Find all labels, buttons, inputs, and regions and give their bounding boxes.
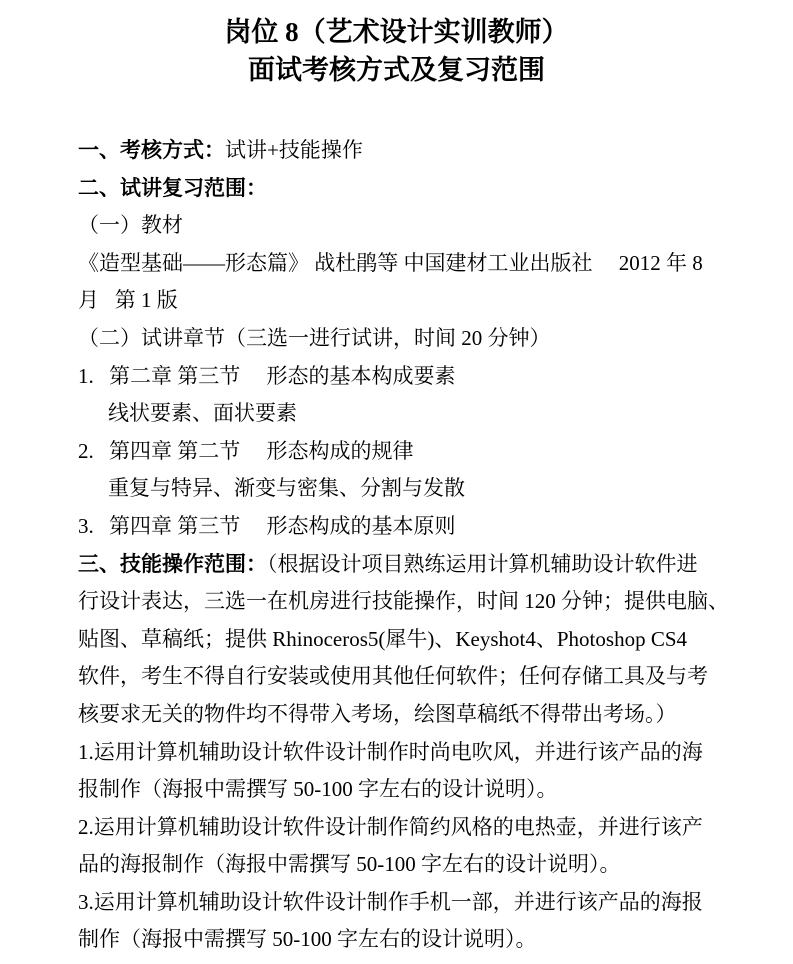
text-line: 《造型基础——形态篇》 战杜鹃等 中国建材工业出版社 2012 年 8 [78,245,758,283]
text-line: 一、考核方式：试讲+技能操作 [78,132,758,170]
line-text: 品的海报制作（海报中需撰写 50-100 字左右的设计说明）。 [78,852,621,876]
line-text: （根据设计项目熟练运用计算机辅助设计软件进 [267,552,698,576]
title-line-1: 岗位 8（艺术设计实训教师） [0,13,793,51]
text-line: 制作（海报中需撰写 50-100 字左右的设计说明）。 [78,921,758,959]
list-number: 3. [78,508,109,546]
text-line: 2.运用计算机辅助设计软件设计制作简约风格的电热壶，并进行该产 [78,809,758,847]
text-line: 3.运用计算机辅助设计软件设计制作手机一部，并进行该产品的海报 [78,884,758,922]
text-line: 1.运用计算机辅助设计软件设计制作时尚电吹风，并进行该产品的海 [78,734,758,772]
line-text: 《造型基础——形态篇》 战杜鹃等 中国建材工业出版社 2012 年 8 [78,251,703,275]
line-text: 核要求无关的物件均不得带入考场，绘图草稿纸不得带出考场。） [78,702,677,726]
list-number: 2. [78,433,109,471]
line-text: 1.运用计算机辅助设计软件设计制作时尚电吹风，并进行该产品的海 [78,740,703,764]
line-text: 第四章 第二节 形态构成的规律 [109,439,414,463]
line-text: （二）试讲章节（三选一进行试讲，时间 20 分钟） [78,326,551,350]
text-line: 软件，考生不得自行安装或使用其他任何软件；任何存储工具及与考 [78,658,758,696]
line-text: 行设计表达，三选一在机房进行技能操作，时间 120 分钟；提供电脑、 [78,589,729,613]
line-text: 软件，考生不得自行安装或使用其他任何软件；任何存储工具及与考 [78,664,708,688]
text-line: （一）教材 [78,207,758,245]
text-line: 行设计表达，三选一在机房进行技能操作，时间 120 分钟；提供电脑、 [78,583,758,621]
line-text: 重复与特异、渐变与密集、分割与发散 [108,476,465,500]
text-line: 报制作（海报中需撰写 50-100 字左右的设计说明）。 [78,771,758,809]
line-text: 试讲+技能操作 [225,138,363,162]
line-text: 月 第 1 版 [78,288,178,312]
line-text: 线状要素、面状要素 [108,401,297,425]
line-text: 报制作（海报中需撰写 50-100 字左右的设计说明）。 [78,777,558,801]
text-line: 月 第 1 版 [78,282,758,320]
section-heading: 二、试讲复习范围： [78,176,267,200]
text-line: 贴图、草稿纸；提供 Rhinoceros5(犀牛)、Keyshot4、Photo… [78,621,758,659]
document-body: 一、考核方式：试讲+技能操作二、试讲复习范围：（一）教材《造型基础——形态篇》 … [78,132,758,959]
line-text: 贴图、草稿纸；提供 Rhinoceros5(犀牛)、Keyshot4、Photo… [78,627,687,651]
text-line: 重复与特异、渐变与密集、分割与发散 [78,470,758,508]
text-line: 核要求无关的物件均不得带入考场，绘图草稿纸不得带出考场。） [78,696,758,734]
title-line-2: 面试考核方式及复习范围 [0,51,793,89]
line-text: 制作（海报中需撰写 50-100 字左右的设计说明）。 [78,927,537,951]
list-number: 1. [78,358,109,396]
section-heading: 一、考核方式： [78,138,225,162]
text-line: 二、试讲复习范围： [78,170,758,208]
text-line: 1.第二章 第三节 形态的基本构成要素 [78,358,758,396]
section-heading: 三、技能操作范围： [78,552,267,576]
line-text: 第四章 第三节 形态构成的基本原则 [109,514,456,538]
text-line: （二）试讲章节（三选一进行试讲，时间 20 分钟） [78,320,758,358]
text-line: 3.第四章 第三节 形态构成的基本原则 [78,508,758,546]
line-text: 第二章 第三节 形态的基本构成要素 [109,364,456,388]
line-text: 2.运用计算机辅助设计软件设计制作简约风格的电热壶，并进行该产 [78,815,703,839]
text-line: 品的海报制作（海报中需撰写 50-100 字左右的设计说明）。 [78,846,758,884]
document-page: 岗位 8（艺术设计实训教师） 面试考核方式及复习范围 一、考核方式：试讲+技能操… [0,0,793,964]
text-line: 2.第四章 第二节 形态构成的规律 [78,433,758,471]
text-line: 三、技能操作范围：（根据设计项目熟练运用计算机辅助设计软件进 [78,546,758,584]
document-title: 岗位 8（艺术设计实训教师） 面试考核方式及复习范围 [0,13,793,89]
text-line: 线状要素、面状要素 [78,395,758,433]
line-text: 3.运用计算机辅助设计软件设计制作手机一部，并进行该产品的海报 [78,890,703,914]
line-text: （一）教材 [78,213,183,237]
